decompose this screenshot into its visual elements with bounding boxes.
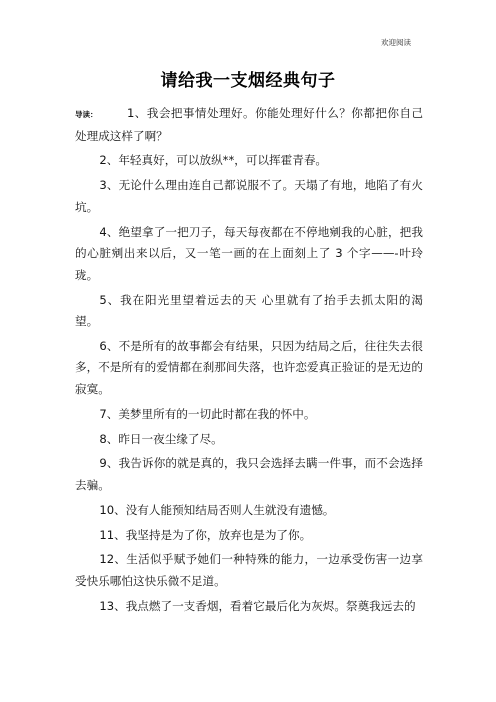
paragraph-5: 5、我在阳光里望着远去的天 心里就有了抬手去抓太阳的渴望。 xyxy=(75,290,423,333)
paragraph-8: 8、昨日一夜尘缘了尽。 xyxy=(75,429,423,451)
paragraph-6: 6、不是所有的故事都会有结果，只因为结局之后，往往失去很多，不是所有的爱情都在刹… xyxy=(75,336,423,401)
header-note: 欢迎阅读 xyxy=(381,37,411,48)
paragraph-7: 7、美梦里所有的一切此时都在我的怀中。 xyxy=(75,404,423,426)
paragraph-11: 11、我坚持是为了你，放弃也是为了你。 xyxy=(75,525,423,547)
paragraph-12: 12、生活似乎赋予她们一种特殊的能力，一边承受伤害一边享受快乐哪怕这快乐微不足道… xyxy=(75,549,423,592)
paragraph-3: 3、无论什么理由连自己都说服不了。天塌了有地，地陷了有火坑。 xyxy=(75,175,423,218)
document-body: 导读：1、我会把事情处理好。你能处理好什么？你都把你自己处理成这样了啊？ 2、年… xyxy=(75,103,423,621)
paragraph-1: 导读：1、我会把事情处理好。你能处理好什么？你都把你自己处理成这样了啊？ xyxy=(75,103,423,147)
paragraph-10: 10、没有人能预知结局否则人生就没有遗憾。 xyxy=(75,500,423,522)
lead-label: 导读： xyxy=(75,104,127,126)
paragraph-9: 9、我告诉你的就是真的，我只会选择去瞒一件事，而不会选择去骗。 xyxy=(75,453,423,496)
paragraph-2: 2、年轻真好，可以放纵**，可以挥霍青春。 xyxy=(75,150,423,172)
paragraph-13: 13、我点燃了一支香烟，看着它最后化为灰烬。祭奠我远去的 xyxy=(75,596,423,618)
paragraph-4: 4、绝望拿了一把刀子，每天每夜都在不停地剜我的心脏，把我的心脏剜出来以后，又一笔… xyxy=(75,222,423,287)
page-title: 请给我一支烟经典句子 xyxy=(0,66,496,91)
paragraph-text: 1、我会把事情处理好。你能处理好什么？你都把你自己处理成这样了啊？ xyxy=(75,106,423,143)
